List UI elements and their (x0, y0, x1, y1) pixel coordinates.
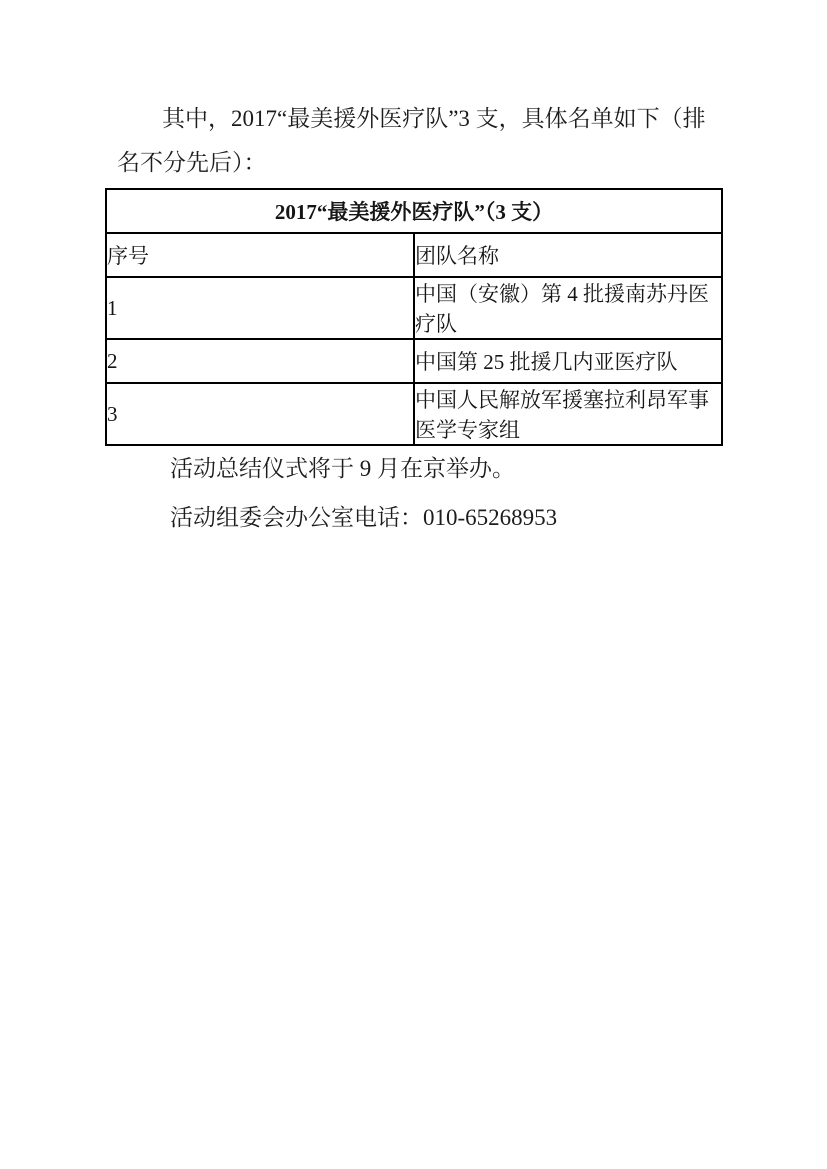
table-title: 2017“最美援外医疗队”（3 支） (106, 189, 722, 233)
column-header-team-name: 团队名称 (414, 233, 722, 277)
intro-paragraph-line-2: 名不分先后）： (117, 149, 267, 177)
table-row: 2 中国第 25 批援几内亚医疗队 (106, 339, 722, 383)
table-row: 3 中国人民解放军援塞拉利昂军事医学专家组 (106, 383, 722, 445)
team-name: 中国人民解放军援塞拉利昂军事医学专家组 (414, 383, 722, 445)
intro-paragraph-line-1: 其中，2017“最美援外医疗队”3 支，具体名单如下（排 (162, 105, 706, 133)
column-header-number: 序号 (106, 233, 414, 277)
footer-paragraph-line-1: 活动总结仪式将于 9 月在京举办。 (170, 455, 515, 483)
awards-table: 2017“最美援外医疗队”（3 支） 序号 团队名称 1 中国（安徽）第 4 批… (105, 188, 723, 446)
row-number: 2 (106, 339, 414, 383)
table-row: 1 中国（安徽）第 4 批援南苏丹医疗队 (106, 277, 722, 339)
team-name: 中国（安徽）第 4 批援南苏丹医疗队 (414, 277, 722, 339)
table-header-row: 序号 团队名称 (106, 233, 722, 277)
document-page: 其中，2017“最美援外医疗队”3 支，具体名单如下（排 名不分先后）： 201… (0, 0, 827, 1169)
team-name: 中国第 25 批援几内亚医疗队 (414, 339, 722, 383)
row-number: 1 (106, 277, 414, 339)
footer-paragraph-line-2: 活动组委会办公室电话：010-65268953 (170, 504, 557, 532)
row-number: 3 (106, 383, 414, 445)
table-title-row: 2017“最美援外医疗队”（3 支） (106, 189, 722, 233)
